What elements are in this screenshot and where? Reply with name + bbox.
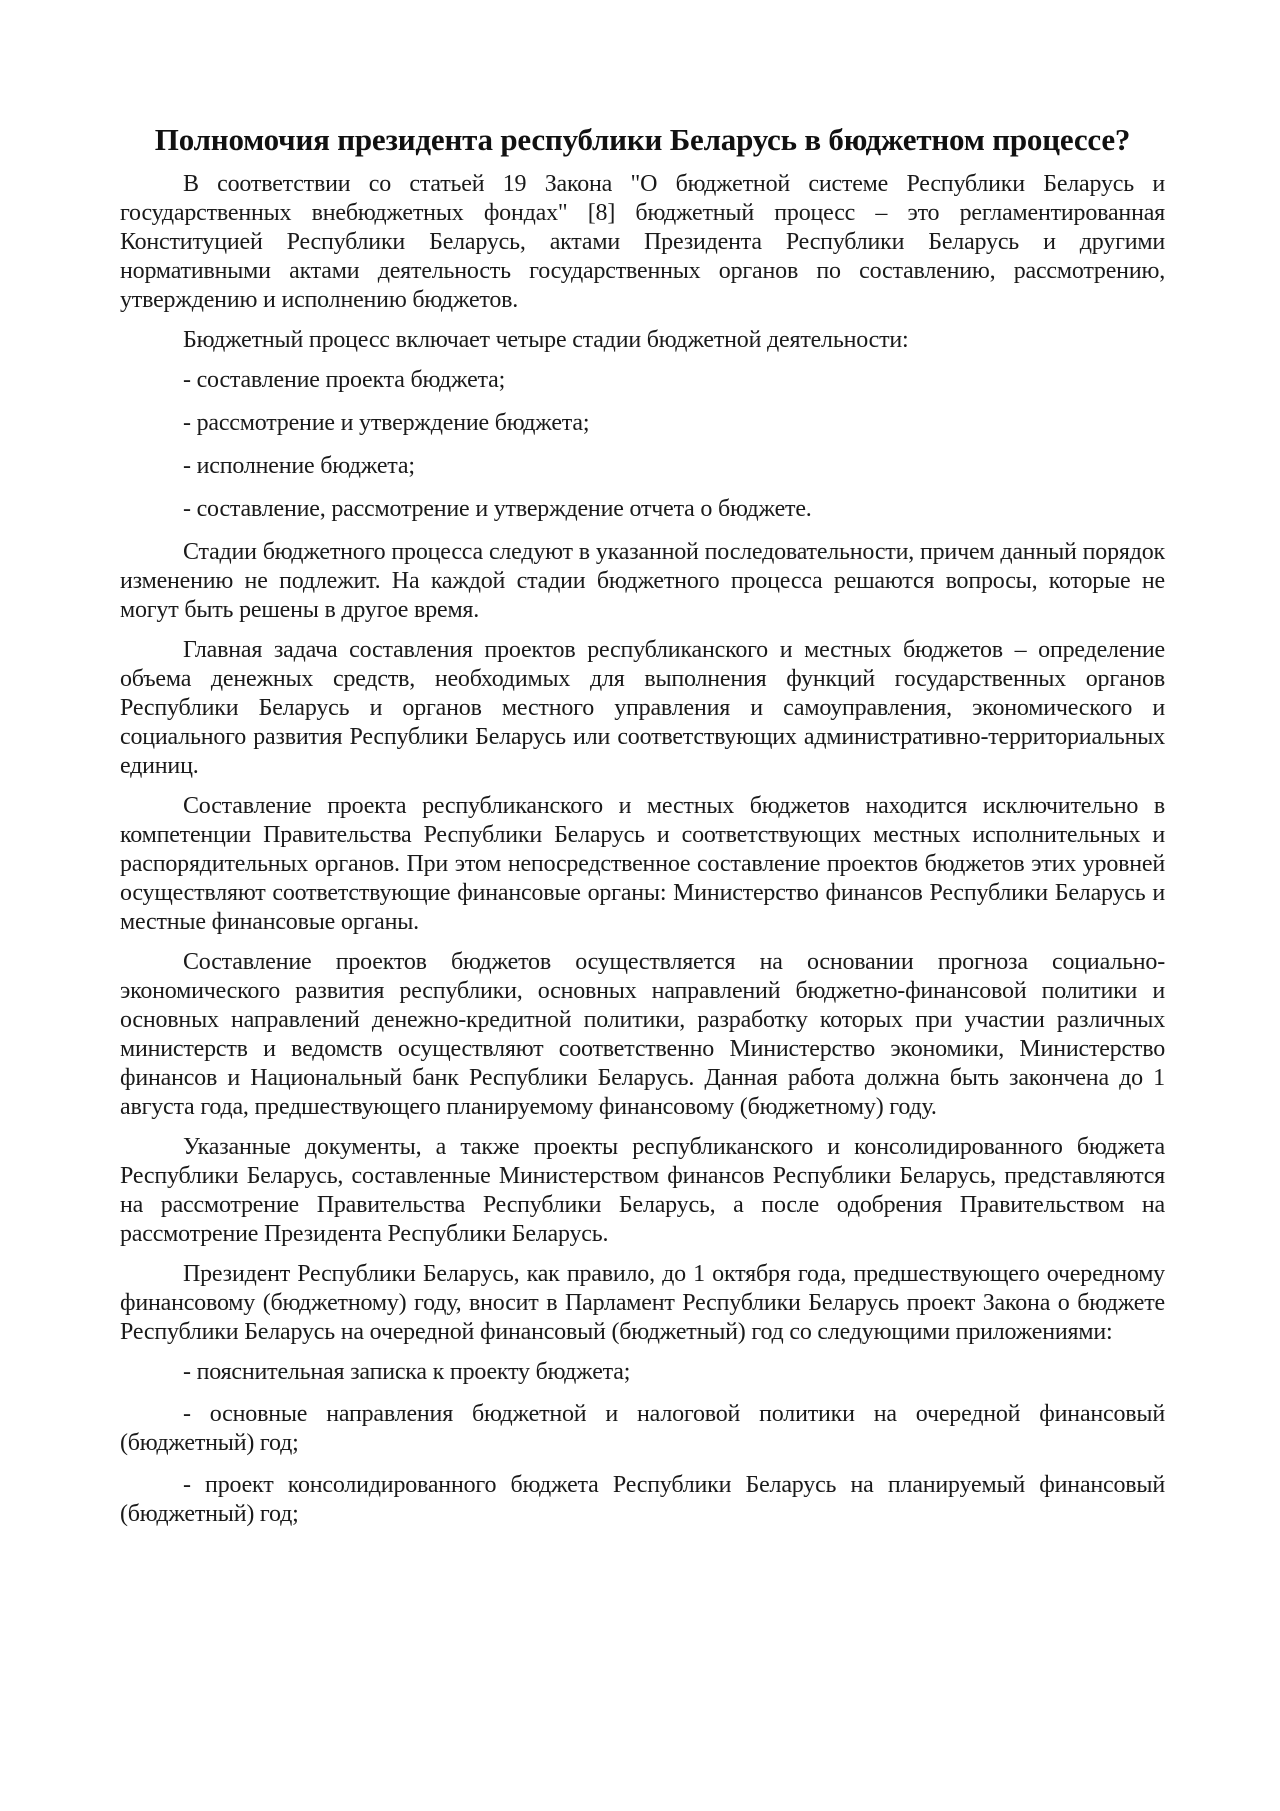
paragraph-competence: Составление проекта республиканского и м…: [120, 792, 1165, 937]
list-item-stage-3: - исполнение бюджета;: [120, 452, 1165, 481]
list-item-appendix-1: - пояснительная записка к проекту бюджет…: [120, 1358, 1165, 1387]
list-item-stage-2: - рассмотрение и утверждение бюджета;: [120, 409, 1165, 438]
paragraph-stages-intro: Бюджетный процесс включает четыре стадии…: [120, 326, 1165, 355]
document-page: Полномочия президента республики Беларус…: [120, 122, 1165, 1542]
paragraph-main-task: Главная задача составления проектов респ…: [120, 636, 1165, 781]
paragraph-president: Президент Республики Беларусь, как прави…: [120, 1260, 1165, 1347]
document-title: Полномочия президента республики Беларус…: [120, 122, 1165, 158]
list-item-stage-1: - составление проекта бюджета;: [120, 366, 1165, 395]
paragraph-definition: В соответствии со статьей 19 Закона "О б…: [120, 170, 1165, 315]
list-item-appendix-2: - основные направления бюджетной и налог…: [120, 1400, 1165, 1458]
paragraph-basis: Составление проектов бюджетов осуществля…: [120, 948, 1165, 1122]
list-item-stage-4: - составление, рассмотрение и утверждени…: [120, 495, 1165, 524]
paragraph-documents: Указанные документы, а также проекты рес…: [120, 1133, 1165, 1249]
list-item-appendix-3: - проект консолидированного бюджета Респ…: [120, 1471, 1165, 1529]
paragraph-stage-order: Стадии бюджетного процесса следуют в ука…: [120, 538, 1165, 625]
